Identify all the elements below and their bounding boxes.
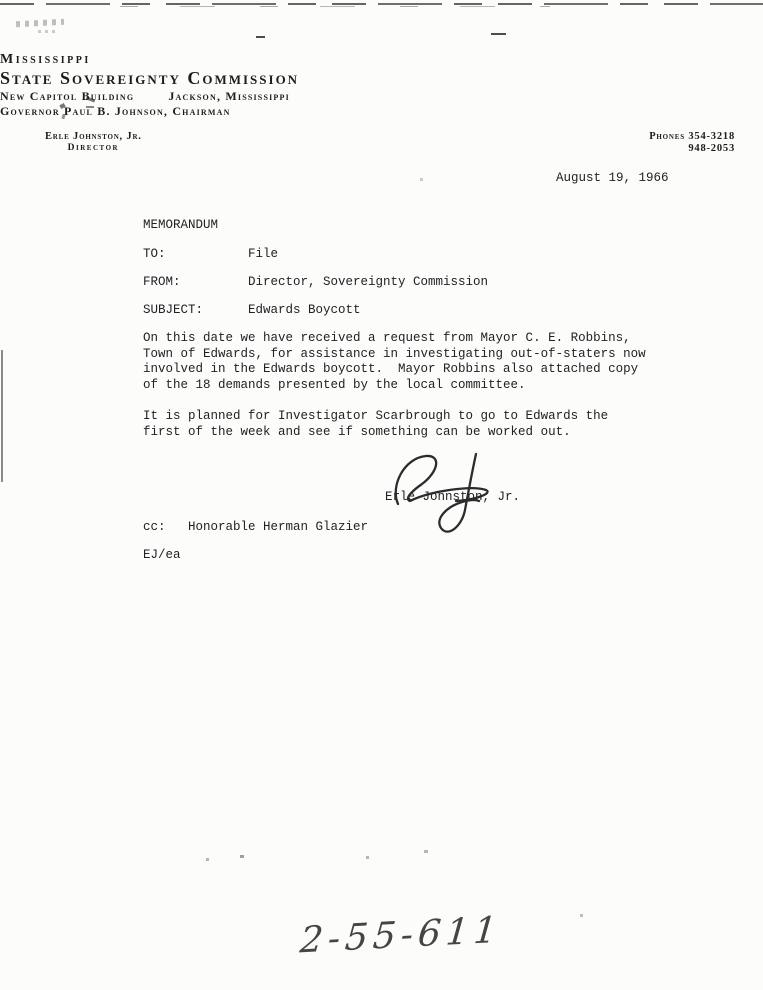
phone-number-2: 948-2053 xyxy=(649,143,735,154)
memo-from-row: FROM: Director, Sovereignty Commission xyxy=(143,275,488,289)
letterhead-phones-block: Phones 354-3218 948-2053 xyxy=(649,131,735,155)
letterhead-building: New Capitol Building xyxy=(0,89,134,103)
letterhead-director-block: Erle Johnston, Jr. Director xyxy=(45,131,142,153)
subject-label: SUBJECT: xyxy=(143,303,248,317)
from-label: FROM: xyxy=(143,275,248,289)
letterhead-governor-line: Governor Paul B. Johnson, Chairman xyxy=(0,104,763,119)
memo-to-row: TO: File xyxy=(143,247,278,261)
date-line: August 19, 1966 xyxy=(556,171,669,185)
to-value: File xyxy=(248,247,278,261)
scan-edge-artifact xyxy=(0,3,763,5)
letterhead-state: Mississippi xyxy=(0,52,763,68)
cc-line: cc: Honorable Herman Glazier xyxy=(143,520,368,534)
director-name: Erle Johnston, Jr. xyxy=(45,131,142,142)
memo-subject-row: SUBJECT: Edwards Boycott xyxy=(143,303,361,317)
scan-speck xyxy=(420,178,423,181)
document-page: Mississippi State Sovereignty Commission… xyxy=(0,0,763,990)
handwritten-document-id: 2-55-611 xyxy=(298,910,503,962)
scan-smudge xyxy=(16,19,64,28)
scan-speck xyxy=(424,850,428,853)
to-label: TO: xyxy=(143,247,248,261)
phone-number-1: Phones 354-3218 xyxy=(649,131,735,142)
from-value: Director, Sovereignty Commission xyxy=(248,275,488,289)
scan-edge-artifact xyxy=(1,350,3,482)
memo-heading: MEMORANDUM xyxy=(143,218,218,232)
scan-speck xyxy=(206,858,209,861)
scan-smudge xyxy=(38,30,58,33)
signature-scribble xyxy=(386,448,526,542)
typist-initials: EJ/ea xyxy=(143,548,181,562)
scan-speck xyxy=(366,856,369,859)
scan-edge-artifact xyxy=(120,6,550,7)
body-paragraph-1: On this date we have received a request … xyxy=(143,331,646,393)
scan-dash-artifact xyxy=(256,36,265,38)
letterhead-commission-name: State Sovereignty Commission xyxy=(0,68,763,89)
subject-value: Edwards Boycott xyxy=(248,303,361,317)
body-paragraph-2: It is planned for Investigator Scarbroug… xyxy=(143,409,608,440)
scan-speck xyxy=(580,914,583,917)
scan-dash-artifact xyxy=(491,33,506,35)
letterhead-city: Jackson, Mississippi xyxy=(168,89,290,103)
letterhead-address-line: New Capitol BuildingJackson, Mississippi xyxy=(0,89,763,104)
director-title: Director xyxy=(45,143,142,153)
scan-speck xyxy=(240,855,244,858)
